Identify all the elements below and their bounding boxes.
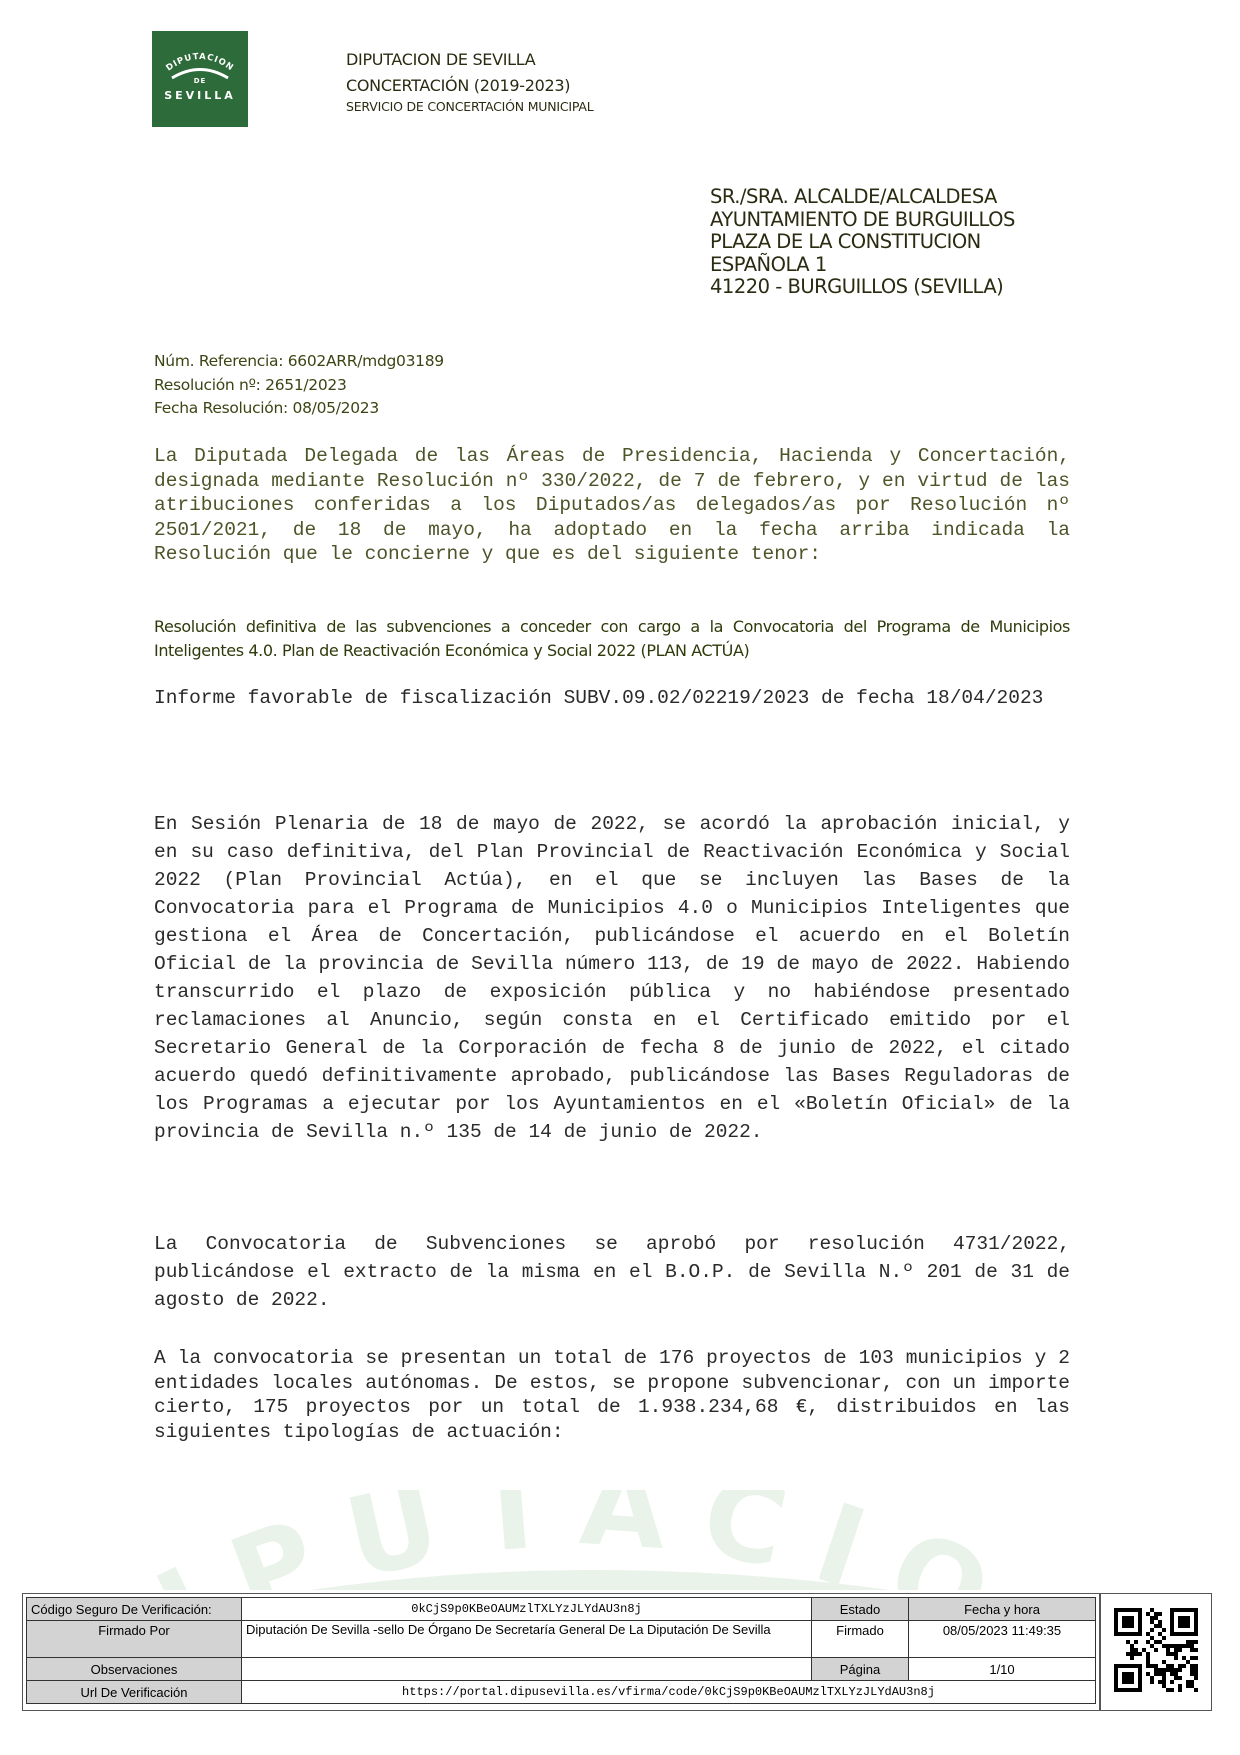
reference-number: Núm. Referencia: 6602ARR/mdg03189 — [154, 350, 444, 374]
body-paragraph: En Sesión Plenaria de 18 de mayo de 2022… — [154, 810, 1070, 1146]
svg-text:DIPUTACION: DIPUTACION — [130, 1490, 1039, 1590]
document-page: DIPUTACION DE SEVILLA DIPUTACION DE SEVI… — [0, 0, 1240, 1755]
observaciones-value — [242, 1658, 812, 1681]
body-paragraph: A la convocatoria se presentan un total … — [154, 1346, 1070, 1444]
verification-box: Código Seguro De Verificación: 0kCjS9p0K… — [22, 1593, 1100, 1711]
logo-de: DE — [152, 77, 248, 85]
addressee-line: AYUNTAMIENTO DE BURGUILLOS — [710, 209, 1015, 232]
fecha-label: Fecha y hora — [909, 1598, 1096, 1621]
pagina-value: 1/10 — [909, 1658, 1096, 1681]
firmado-value: Diputación De Sevilla -sello De Órgano D… — [242, 1621, 812, 1658]
diputacion-watermark: DIPUTACION — [130, 1490, 1050, 1590]
org-name: DIPUTACION DE SEVILLA — [346, 46, 594, 74]
informe-line: Informe favorable de fiscalización SUBV.… — [154, 686, 1070, 711]
verification-url-link[interactable]: https://portal.dipusevilla.es/vfirma/cod… — [242, 1681, 1096, 1704]
addressee-line: 41220 - BURGUILLOS (SEVILLA) — [710, 276, 1015, 299]
logo-sevilla: SEVILLA — [152, 89, 248, 102]
qr-code-box — [1100, 1593, 1212, 1711]
addressee-block: SR./SRA. ALCALDE/ALCALDESA AYUNTAMIENTO … — [710, 186, 1015, 299]
resolution-date: Fecha Resolución: 08/05/2023 — [154, 397, 444, 421]
addressee-line: ESPAÑOLA 1 — [710, 254, 1015, 277]
verification-table: Código Seguro De Verificación: 0kCjS9p0K… — [26, 1597, 1096, 1704]
pagina-label: Página — [812, 1658, 909, 1681]
codigo-label: Código Seguro De Verificación: — [27, 1598, 242, 1621]
qr-code-icon — [1114, 1608, 1198, 1696]
firmado-label: Firmado Por — [27, 1621, 242, 1658]
intro-paragraph: La Diputada Delegada de las Áreas de Pre… — [154, 444, 1070, 567]
resolution-subject: Resolución definitiva de las subvencione… — [154, 615, 1070, 663]
observaciones-label: Observaciones — [27, 1658, 242, 1681]
resolution-number: Resolución nº: 2651/2023 — [154, 374, 444, 398]
url-label: Url De Verificación — [27, 1681, 242, 1704]
estado-value: Firmado — [812, 1621, 909, 1658]
service-name: SERVICIO DE CONCERTACIÓN MUNICIPAL — [346, 98, 594, 116]
fecha-value: 08/05/2023 11:49:35 — [909, 1621, 1096, 1658]
reference-block: Núm. Referencia: 6602ARR/mdg03189 Resolu… — [154, 350, 444, 421]
letterhead: DIPUTACION DE SEVILLA CONCERTACIÓN (2019… — [346, 46, 594, 116]
addressee-line: SR./SRA. ALCALDE/ALCALDESA — [710, 186, 1015, 209]
diputacion-logo: DIPUTACION DE SEVILLA — [152, 31, 248, 127]
estado-label: Estado — [812, 1598, 909, 1621]
codigo-value: 0kCjS9p0KBeOAUMzlTXLYzJLYdAU3n8j — [242, 1598, 812, 1621]
body-paragraph: La Convocatoria de Subvenciones se aprob… — [154, 1230, 1070, 1314]
area-name: CONCERTACIÓN (2019-2023) — [346, 74, 594, 98]
addressee-line: PLAZA DE LA CONSTITUCION — [710, 231, 1015, 254]
